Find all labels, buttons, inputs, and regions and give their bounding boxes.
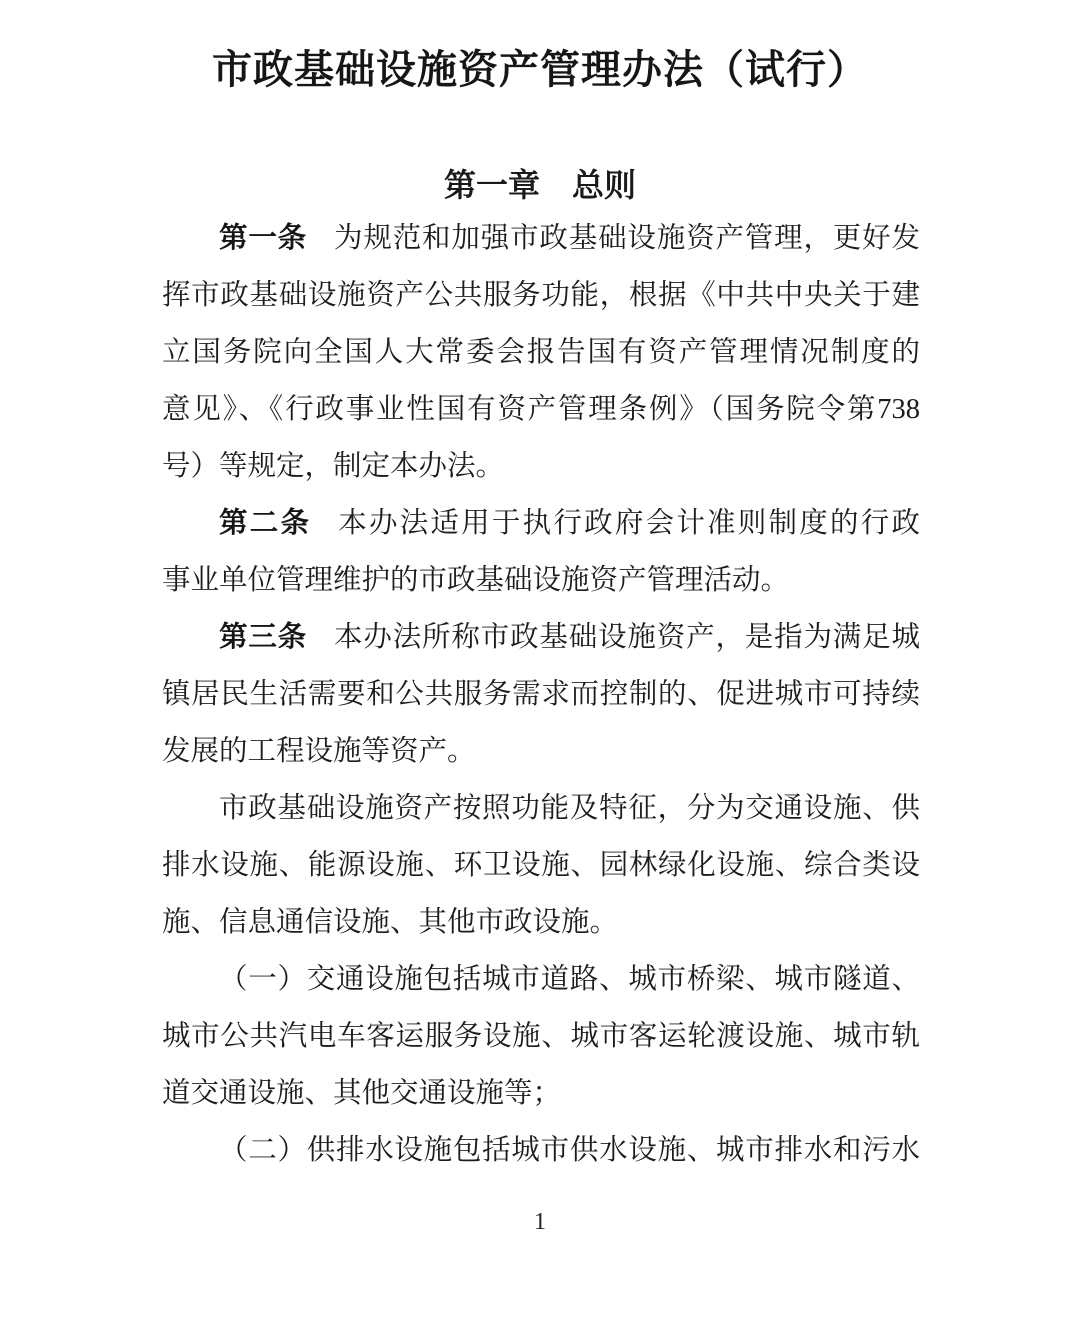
document-page: 市政基础设施资产管理办法（试行） 第一章 总则 第一条为规范和加强市政基础设施资…: [0, 0, 1080, 1321]
line-text: 为规范和加强市政基础设施资产管理，更好发: [334, 223, 920, 254]
text-line: 第三条本办法所称市政基础设施资产，是指为满足城: [162, 609, 920, 666]
line-text: 施、信息通信设施、其他市政设施。: [162, 907, 618, 938]
text-line: 第一条为规范和加强市政基础设施资产管理，更好发: [162, 210, 920, 267]
line-text: 意见》、《行政事业性国有资产管理条例》（国务院令第738: [162, 394, 920, 425]
line-text: 立国务院向全国人大常委会报告国有资产管理情况制度的: [162, 337, 920, 368]
text-line: 城市公共汽电车客运服务设施、城市客运轮渡设施、城市轨: [162, 1008, 920, 1065]
line-text: 事业单位管理维护的市政基础设施资产管理活动。: [162, 565, 789, 596]
text-line: 第二条本办法适用于执行政府会计准则制度的行政: [162, 495, 920, 552]
text-line: 镇居民生活需要和公共服务需求而控制的、促进城市可持续: [162, 666, 920, 723]
document-body: 第一条为规范和加强市政基础设施资产管理，更好发 挥市政基础设施资产公共服务功能，…: [0, 210, 1080, 1179]
line-text: 排水设施、能源设施、环卫设施、园林绿化设施、综合类设: [162, 850, 920, 881]
line-text: （二）供排水设施包括城市供水设施、城市排水和污水: [219, 1135, 920, 1166]
line-text: 本办法所称市政基础设施资产，是指为满足城: [334, 622, 920, 653]
line-text: 发展的工程设施等资产。: [162, 736, 476, 767]
line-text: 镇居民生活需要和公共服务需求而控制的、促进城市可持续: [162, 679, 920, 710]
line-text: 本办法适用于执行政府会计准则制度的行政: [338, 508, 920, 539]
text-line: 意见》、《行政事业性国有资产管理条例》（国务院令第738: [162, 381, 920, 438]
text-line: （二）供排水设施包括城市供水设施、城市排水和污水: [162, 1122, 920, 1179]
text-line: 立国务院向全国人大常委会报告国有资产管理情况制度的: [162, 324, 920, 381]
page-number: 1: [0, 1205, 1080, 1239]
article-number-lead: 第三条: [219, 622, 307, 653]
text-line: 事业单位管理维护的市政基础设施资产管理活动。: [162, 552, 920, 609]
text-line: 发展的工程设施等资产。: [162, 723, 920, 780]
line-text: （一）交通设施包括城市道路、城市桥梁、城市隧道、: [219, 964, 920, 995]
line-text: 挥市政基础设施资产公共服务功能，根据《中共中央关于建: [162, 280, 920, 311]
text-line: 挥市政基础设施资产公共服务功能，根据《中共中央关于建: [162, 267, 920, 324]
article-number-lead: 第二条: [219, 508, 311, 539]
line-text: 城市公共汽电车客运服务设施、城市客运轮渡设施、城市轨: [162, 1021, 920, 1052]
chapter-heading: 第一章 总则: [0, 166, 1080, 204]
line-text: 号）等规定，制定本办法。: [162, 451, 504, 482]
text-line: （一）交通设施包括城市道路、城市桥梁、城市隧道、: [162, 951, 920, 1008]
text-line: 道交通设施、其他交通设施等；: [162, 1065, 920, 1122]
line-text: 道交通设施、其他交通设施等；: [162, 1078, 561, 1109]
text-line: 施、信息通信设施、其他市政设施。: [162, 894, 920, 951]
text-line: 排水设施、能源设施、环卫设施、园林绿化设施、综合类设: [162, 837, 920, 894]
document-title: 市政基础设施资产管理办法（试行）: [0, 0, 1080, 98]
text-line: 市政基础设施资产按照功能及特征，分为交通设施、供: [162, 780, 920, 837]
line-text: 市政基础设施资产按照功能及特征，分为交通设施、供: [219, 793, 920, 824]
text-line: 号）等规定，制定本办法。: [162, 438, 920, 495]
article-number-lead: 第一条: [219, 223, 307, 254]
